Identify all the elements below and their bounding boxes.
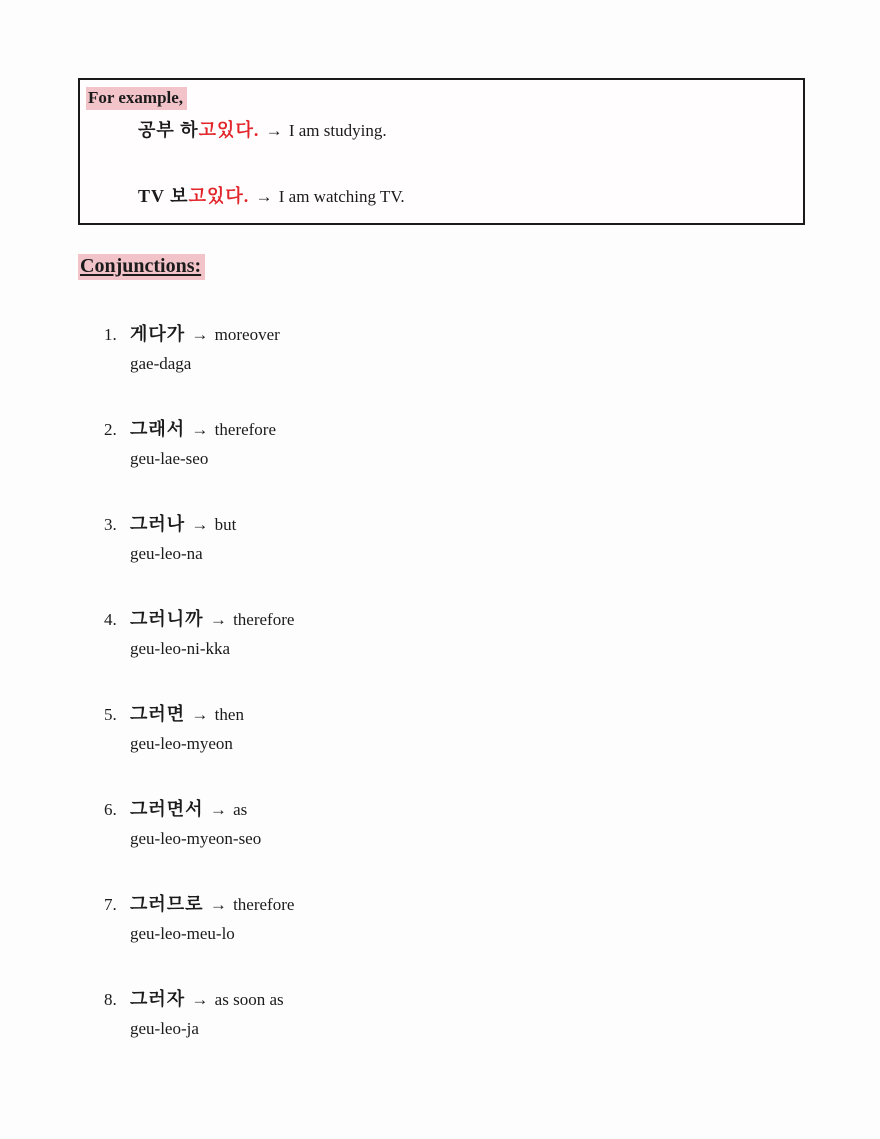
korean-conjunction: 그러므로	[130, 894, 204, 914]
korean-text: 공부 하	[138, 120, 199, 140]
english-meaning: therefore	[233, 895, 294, 914]
arrow-icon: →	[189, 990, 210, 1009]
english-meaning: therefore	[215, 420, 276, 439]
conjunctions-heading: Conjunctions:	[78, 254, 205, 280]
item-number: 8.	[104, 990, 130, 1010]
example-sentence: TV 보고있다. → I am watching TV.	[138, 182, 405, 208]
korean-conjunction: 그러자	[130, 989, 185, 1009]
korean-text-red: 고있다.	[199, 120, 260, 140]
list-item: 8.그러자 → as soon as geu-leo-ja	[104, 985, 704, 1080]
korean-conjunction: 그러나	[130, 514, 185, 534]
for-example-label: For example,	[86, 87, 187, 110]
arrow-icon: →	[208, 800, 229, 819]
list-item: 6.그러면서 → as geu-leo-myeon-seo	[104, 795, 704, 890]
list-item: 7.그러므로 → therefore geu-leo-meu-lo	[104, 890, 704, 985]
conjunction-line: 7.그러므로 → therefore	[104, 890, 294, 916]
romanization: geu-leo-na	[130, 544, 203, 564]
example-box: For example, 공부 하고있다. → I am studying. T…	[78, 78, 805, 225]
list-item: 4.그러니까 → therefore geu-leo-ni-kka	[104, 605, 704, 700]
korean-text-red: 고있다.	[189, 186, 250, 206]
item-number: 6.	[104, 800, 130, 820]
arrow-icon: →	[189, 325, 210, 344]
english-meaning: then	[215, 705, 244, 724]
conjunction-line: 6.그러면서 → as	[104, 795, 247, 821]
english-meaning: as	[233, 800, 247, 819]
conjunction-line: 8.그러자 → as soon as	[104, 985, 284, 1011]
list-item: 2.그래서 → therefore geu-lae-seo	[104, 415, 704, 510]
english-meaning: but	[215, 515, 237, 534]
item-number: 5.	[104, 705, 130, 725]
romanization: geu-leo-myeon	[130, 734, 233, 754]
romanization: geu-leo-ja	[130, 1019, 199, 1039]
list-item: 5.그러면 → then geu-leo-myeon	[104, 700, 704, 795]
korean-conjunction: 게다가	[130, 324, 185, 344]
korean-text: TV 보	[138, 186, 189, 206]
item-number: 7.	[104, 895, 130, 915]
korean-conjunction: 그러니까	[130, 609, 204, 629]
english-meaning: therefore	[233, 610, 294, 629]
english-translation: I am watching TV.	[279, 187, 405, 206]
arrow-icon: →	[254, 187, 275, 206]
item-number: 1.	[104, 325, 130, 345]
english-translation: I am studying.	[289, 121, 387, 140]
arrow-icon: →	[208, 610, 229, 629]
arrow-icon: →	[189, 515, 210, 534]
conjunction-line: 2.그래서 → therefore	[104, 415, 276, 441]
arrow-icon: →	[189, 420, 210, 439]
conjunction-line: 3.그러나 → but	[104, 510, 236, 536]
romanization: geu-lae-seo	[130, 449, 208, 469]
arrow-icon: →	[264, 121, 285, 140]
english-meaning: as soon as	[215, 990, 284, 1009]
romanization: geu-leo-meu-lo	[130, 924, 235, 944]
item-number: 2.	[104, 420, 130, 440]
korean-conjunction: 그러면서	[130, 799, 204, 819]
korean-conjunction: 그래서	[130, 419, 185, 439]
romanization: gae-daga	[130, 354, 191, 374]
example-sentence: 공부 하고있다. → I am studying.	[138, 116, 387, 142]
arrow-icon: →	[189, 705, 210, 724]
item-number: 4.	[104, 610, 130, 630]
conjunction-line: 5.그러면 → then	[104, 700, 244, 726]
list-item: 3.그러나 → but geu-leo-na	[104, 510, 704, 605]
document-page: For example, 공부 하고있다. → I am studying. T…	[0, 0, 880, 1139]
list-item: 1.게다가 → moreover gae-daga	[104, 320, 704, 415]
english-meaning: moreover	[215, 325, 280, 344]
arrow-icon: →	[208, 895, 229, 914]
conjunctions-list: 1.게다가 → moreover gae-daga 2.그래서 → theref…	[104, 320, 704, 1080]
item-number: 3.	[104, 515, 130, 535]
conjunction-line: 1.게다가 → moreover	[104, 320, 280, 346]
romanization: geu-leo-myeon-seo	[130, 829, 261, 849]
romanization: geu-leo-ni-kka	[130, 639, 230, 659]
korean-conjunction: 그러면	[130, 704, 185, 724]
conjunction-line: 4.그러니까 → therefore	[104, 605, 294, 631]
